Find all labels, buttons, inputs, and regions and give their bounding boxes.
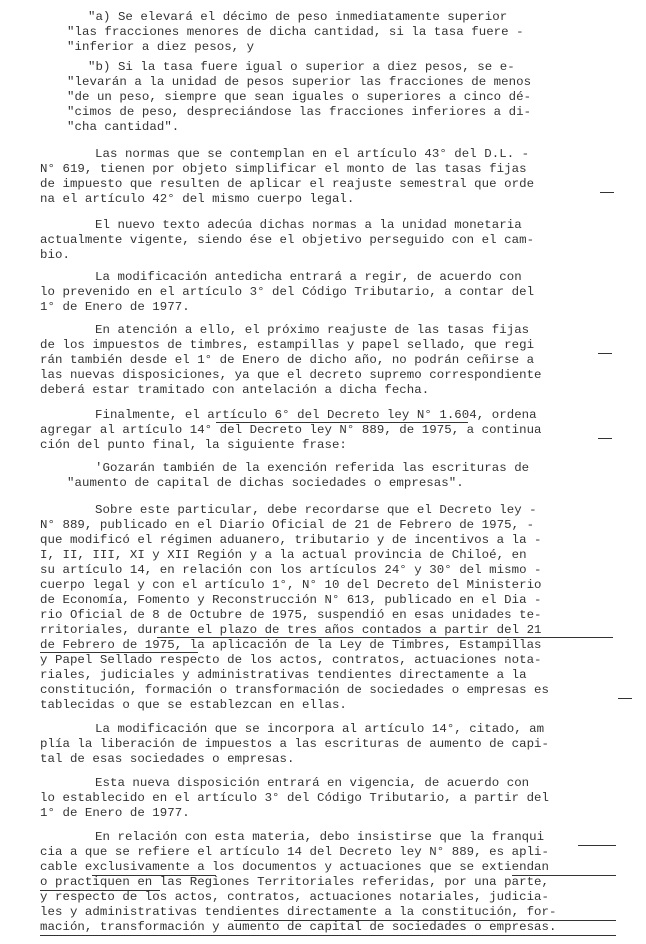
text-line: y Papel Sellado respecto de los actos, c… (40, 653, 542, 668)
handwritten-underline (92, 875, 216, 876)
text-line: ción del punto final, la siguiente frase… (40, 438, 347, 453)
handwritten-underline (157, 637, 613, 638)
text-line: La modificación que se incorpora al artí… (95, 722, 544, 737)
scanned-document-page: "a) Se elevará el décimo de peso inmedia… (0, 0, 646, 944)
text-line: "b) Si la tasa fuere igual o superior a … (88, 60, 515, 75)
text-line: "cimos de peso, despreciándose las fracc… (67, 105, 531, 120)
text-line: "inferior a diez pesos, y (67, 40, 254, 55)
text-line: les y administrativas tendientes directa… (40, 905, 557, 920)
text-line: rio Oficial de 8 de Octubre de 1975, sus… (40, 608, 542, 623)
text-line: tablecidas o que se establezcan en ellas… (40, 698, 347, 713)
text-line: cable exclusivamente a los documentos y … (40, 860, 549, 875)
text-line: "levarán a la unidad de pesos superior l… (67, 75, 531, 90)
text-line: cia a que se refiere el artículo 14 del … (40, 845, 549, 860)
handwritten-underline (234, 920, 616, 921)
text-line: rán también desde el 1° de Enero de dich… (40, 353, 534, 368)
text-line: las nuevas disposiciones, ya que el decr… (40, 368, 542, 383)
text-line: de Economía, Fomento y Reconstrucción N°… (40, 593, 542, 608)
text-line: 1° de Enero de 1977. (40, 806, 190, 821)
text-line: La modificación antedicha entrará a regi… (95, 270, 522, 285)
text-line: cuerpo legal y con el artículo 1°, N° 10… (40, 578, 542, 593)
text-line: constitución, formación o transformación… (40, 683, 549, 698)
text-line: que modificó el régimen aduanero, tribut… (40, 533, 542, 548)
handwritten-underline (578, 845, 616, 846)
handwritten-underline (600, 192, 614, 193)
text-line: Las normas que se contemplan en el artíc… (95, 147, 529, 162)
handwritten-underline (40, 935, 616, 936)
text-line: rritoriales, durante el plazo de tres añ… (40, 623, 542, 638)
text-line: I, II, III, XI y XII Región y a la actua… (40, 548, 527, 563)
text-line: o practiquen en las Regiones Territorial… (40, 875, 549, 890)
text-line: "a) Se elevará el décimo de peso inmedia… (88, 10, 507, 25)
handwritten-underline (598, 438, 612, 439)
text-line: 'Gozarán también de la exención referida… (95, 461, 529, 476)
text-line: En atención a ello, el próximo reajuste … (95, 323, 529, 338)
text-line: mación, transformación y aumento de capi… (40, 920, 557, 935)
text-line: "de un peso, siempre que sean iguales o … (67, 90, 531, 105)
text-line: "cha cantidad". (67, 120, 179, 135)
text-line: tal de esas sociedades o empresas. (40, 752, 295, 767)
text-line: Esta nueva disposición entrará en vigenc… (95, 776, 529, 791)
handwritten-underline (40, 652, 198, 653)
text-line: 1° de Enero de 1977. (40, 300, 190, 315)
text-line: Finalmente, el artículo 6° del Decreto l… (95, 408, 537, 423)
handwritten-underline (512, 875, 616, 876)
text-line: y respecto de los actos, contratos, actu… (40, 890, 549, 905)
text-line: En relación con esta materia, debo insis… (95, 830, 544, 845)
text-line: actualmente vigente, siendo ése el objet… (40, 233, 534, 248)
handwritten-underline (598, 353, 612, 354)
text-line: agregar al artículo 14° del Decreto ley … (40, 423, 542, 438)
handwritten-underline (40, 890, 160, 891)
text-line: "aumento de capital de dichas sociedades… (67, 476, 464, 491)
text-line: bio. (40, 248, 70, 263)
text-line: "las fracciones menores de dicha cantida… (67, 25, 524, 40)
text-line: deberá estar tramitado con antelación a … (40, 383, 429, 398)
handwritten-underline (618, 698, 632, 699)
text-line: de los impuestos de timbres, estampillas… (40, 338, 534, 353)
text-line: El nuevo texto adecúa dichas normas a la… (95, 218, 522, 233)
text-line: N° 889, publicado en el Diario Oficial d… (40, 518, 534, 533)
text-line: lo establecido en el artículo 3° del Cód… (40, 791, 549, 806)
text-line: na el artículo 42° del mismo cuerpo lega… (40, 192, 354, 207)
text-line: riales, judiciales y administrativas ten… (40, 668, 527, 683)
text-line: lo prevenido en el artículo 3° del Códig… (40, 285, 534, 300)
text-line: de Febrero de 1975, la aplicación de la … (40, 638, 542, 653)
text-line: su artículo 14, en relación con los artí… (40, 563, 542, 578)
text-line: N° 619, tienen por objeto simplificar el… (40, 162, 527, 177)
handwritten-underline (216, 422, 468, 423)
text-line: plía la liberación de impuestos a las es… (40, 737, 549, 752)
text-line: de impuesto que resulten de aplicar el r… (40, 177, 534, 192)
text-line: Sobre este particular, debe recordarse q… (95, 503, 537, 518)
